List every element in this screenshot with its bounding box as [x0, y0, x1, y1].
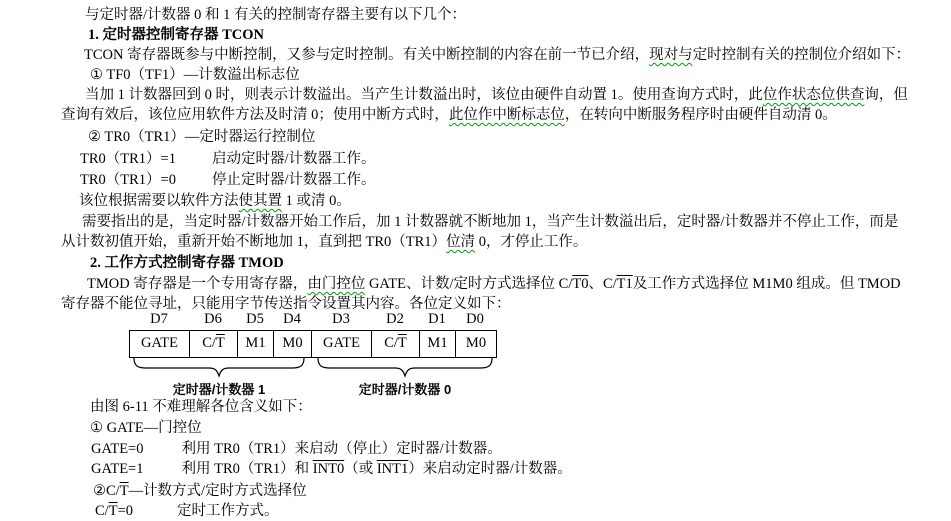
- text-segment: GATE: [141, 335, 178, 351]
- text-segment: ，在转向中断服务程序时由硬件自动清 0。: [565, 107, 837, 123]
- text-segment: GATE、计数/定时方式选择位 C/: [365, 276, 572, 292]
- text-segment: 启动定时器/计数器工作。: [212, 151, 376, 167]
- text-segment: ① TF0（TF1）—计数溢出标志位: [90, 67, 300, 83]
- bit-header-d1: D1: [419, 311, 455, 328]
- text-segment: 与定时器/计数器 0 和 1 有关的控制寄存器主要有以下几个：: [85, 7, 466, 23]
- text-segment: 询，但: [864, 87, 908, 103]
- group-label-timer0: 定时器/计数器 0: [359, 379, 451, 398]
- para-tf0-line1: 当加 1 计数器回到 0 时，则表示计数溢出。当产生计数溢出时，该位由硬件自动置…: [85, 87, 908, 104]
- bit-header-d5: D5: [237, 311, 273, 328]
- text-segment: TR0（TR1）=0: [80, 172, 176, 188]
- line-ct-eq0: C/T=0定时工作方式。: [95, 503, 279, 520]
- spellcheck-flagged-text: 使其置: [239, 193, 283, 209]
- heading-tmod: 2. 工作方式控制寄存器 TMOD: [90, 255, 284, 272]
- document-page: 与定时器/计数器 0 和 1 有关的控制寄存器主要有以下几个：1. 定时器控制寄…: [0, 0, 951, 521]
- heading-tcon: 1. 定时器控制寄存器 TCON: [88, 27, 264, 44]
- bit-header-d6: D6: [189, 311, 237, 328]
- line-tr0-eq1: TR0（TR1）=1启动定时器/计数器工作。: [80, 151, 376, 168]
- para-tcon-desc: TCON 寄存器既参与中断控制，又参与定时控制。有关中断控制的内容在前一节已介绍…: [84, 47, 910, 64]
- text-segment: 定时控制有关的控制位介绍如下：: [693, 47, 911, 63]
- text-segment: 当加 1 计数器回到 0 时，则表示计数溢出。当产生计数溢出时，该位由硬件自动置…: [85, 87, 763, 103]
- bit-cell-d6: C/T: [190, 331, 238, 357]
- bit-cell-d7: GATE: [130, 331, 190, 357]
- text-segment: GATE=1: [91, 461, 143, 477]
- spellcheck-flagged-text: 位作状态位供查: [763, 87, 865, 103]
- text-segment: ②C/: [93, 483, 120, 499]
- para-overflow-line2: 从计数初值开始，重新开始不断地加 1，直到把 TR0（TR1）位清 0，才停止工…: [61, 234, 587, 251]
- text-segment: 寄存器不能位寻址，只能用字节传送指令设置其内容。各位定义如下：: [61, 296, 511, 312]
- bit-cell-row: GATEC/TM1M0GATEC/TM1M0: [129, 330, 497, 358]
- text-segment: 由图 6-11 不难理解各位含义如下：: [90, 399, 312, 415]
- text-segment: 1. 定时器控制寄存器 TCON: [88, 27, 264, 43]
- spacer: [143, 452, 181, 453]
- text-segment: 需要指出的是，当定时器/计数器开始工作后，加 1 计数器就不断地加 1，当产生计…: [82, 214, 898, 230]
- item-tf0-title: ① TF0（TF1）—计数溢出标志位: [90, 67, 300, 84]
- text-segment: C/: [202, 335, 216, 351]
- text-segment: 从计数初值开始，重新开始不断地加 1，直到把 TR0（TR1）: [61, 234, 446, 250]
- line-gate-eq1: GATE=1利用 TR0（TR1）和 INT0（或 INT1）来启动定时器/计数…: [91, 461, 572, 478]
- spellcheck-flagged-text: 由门控位: [307, 276, 365, 292]
- spacer: [133, 514, 177, 515]
- bit-cell-d2: C/T: [372, 331, 420, 357]
- spellcheck-flagged-text: 位清: [446, 234, 475, 250]
- bit-header-d2: D2: [371, 311, 419, 328]
- bit-cell-d5: M1: [238, 331, 274, 357]
- spellcheck-flagged-text: 现对与: [649, 47, 693, 63]
- bit-cell-d0: M0: [456, 331, 496, 357]
- spellcheck-flagged-text: 此位作中断标志位: [449, 107, 565, 123]
- overlined-text: T0: [572, 276, 588, 292]
- text-segment: 利用 TR0（TR1）和: [181, 461, 312, 477]
- text-segment: —计数方式/定时方式选择位: [129, 483, 307, 499]
- text-segment: （或: [344, 461, 377, 477]
- text-segment: M0: [466, 335, 486, 351]
- spacer: [176, 183, 212, 184]
- text-segment: 查询有效后，该位应用软件方法及时清 0；使用中断方式时，: [61, 107, 449, 123]
- item-gate-title: ① GATE—门控位: [90, 420, 202, 437]
- text-segment: 及工作方式选择位 M1M0 组成。但 TMOD: [633, 276, 901, 292]
- text-segment: ② TR0（TR1）—定时器运行控制位: [88, 129, 315, 145]
- text-segment: 0，才停止工作。: [475, 234, 587, 250]
- bit-header-d0: D0: [455, 311, 495, 328]
- spacer: [176, 162, 212, 163]
- underbrace-timer0: [317, 357, 493, 379]
- text-segment: 该位根据需要以软件方法: [79, 193, 239, 209]
- bit-header-d4: D4: [273, 311, 311, 328]
- para-tmod-line1: TMOD 寄存器是一个专用寄存器，由门控位 GATE、计数/定时方式选择位 C/…: [87, 276, 901, 293]
- text-segment: 、C/: [588, 276, 616, 292]
- line-tr0-eq0: TR0（TR1）=0停止定时器/计数器工作。: [80, 172, 376, 189]
- text-segment: TR0（TR1）=1: [80, 151, 176, 167]
- para-figure-ref: 由图 6-11 不难理解各位含义如下：: [90, 399, 312, 416]
- text-segment: GATE: [323, 335, 360, 351]
- underbrace-timer1: [133, 357, 305, 379]
- para-overflow-line1: 需要指出的是，当定时器/计数器开始工作后，加 1 计数器就不断地加 1，当产生计…: [82, 214, 898, 231]
- text-segment: M1: [427, 335, 447, 351]
- overlined-text: T: [120, 483, 129, 499]
- text-segment: =0: [118, 503, 133, 519]
- para-intro: 与定时器/计数器 0 和 1 有关的控制寄存器主要有以下几个：: [85, 7, 466, 24]
- item-tr0-title: ② TR0（TR1）—定时器运行控制位: [88, 129, 315, 146]
- text-segment: 2. 工作方式控制寄存器 TMOD: [90, 255, 284, 271]
- bit-cell-d4: M0: [274, 331, 312, 357]
- overlined-text: T: [398, 335, 407, 351]
- spacer: [143, 472, 181, 473]
- text-segment: M0: [282, 335, 302, 351]
- overlined-text: T: [109, 503, 118, 519]
- text-segment: ）来启动定时器/计数器。: [408, 461, 572, 477]
- overlined-text: T1: [617, 276, 633, 292]
- text-segment: 停止定时器/计数器工作。: [212, 172, 376, 188]
- para-tr0-note: 该位根据需要以软件方法使其置 1 或清 0。: [79, 193, 351, 210]
- text-segment: M1: [245, 335, 265, 351]
- text-segment: GATE=0: [91, 441, 143, 457]
- bit-header-row: D7D6D5D4D3D2D1D0: [129, 311, 495, 328]
- bit-header-d3: D3: [311, 311, 371, 328]
- item-ct-title: ②C/T—计数方式/定时方式选择位: [93, 483, 307, 500]
- line-gate-eq0: GATE=0利用 TR0（TR1）来启动（停止）定时器/计数器。: [91, 441, 502, 458]
- text-segment: 定时工作方式。: [177, 503, 279, 519]
- bit-cell-d1: M1: [420, 331, 456, 357]
- overlined-text: INT0: [313, 461, 344, 477]
- group-label-timer1: 定时器/计数器 1: [173, 379, 265, 398]
- text-segment: C/: [95, 503, 109, 519]
- text-segment: TCON 寄存器既参与中断控制，又参与定时控制。有关中断控制的内容在前一节已介绍…: [84, 47, 649, 63]
- text-segment: TMOD 寄存器是一个专用寄存器，: [87, 276, 307, 292]
- bit-cell-d3: GATE: [312, 331, 372, 357]
- overlined-text: INT1: [377, 461, 408, 477]
- text-segment: ① GATE—门控位: [90, 420, 202, 436]
- text-segment: 1 或清 0。: [282, 193, 351, 209]
- para-tf0-line2: 查询有效后，该位应用软件方法及时清 0；使用中断方式时，此位作中断标志位，在转向…: [61, 107, 837, 124]
- bit-header-d7: D7: [129, 311, 189, 328]
- overlined-text: T: [216, 335, 225, 351]
- text-segment: C/: [384, 335, 398, 351]
- text-segment: 利用 TR0（TR1）来启动（停止）定时器/计数器。: [181, 441, 501, 457]
